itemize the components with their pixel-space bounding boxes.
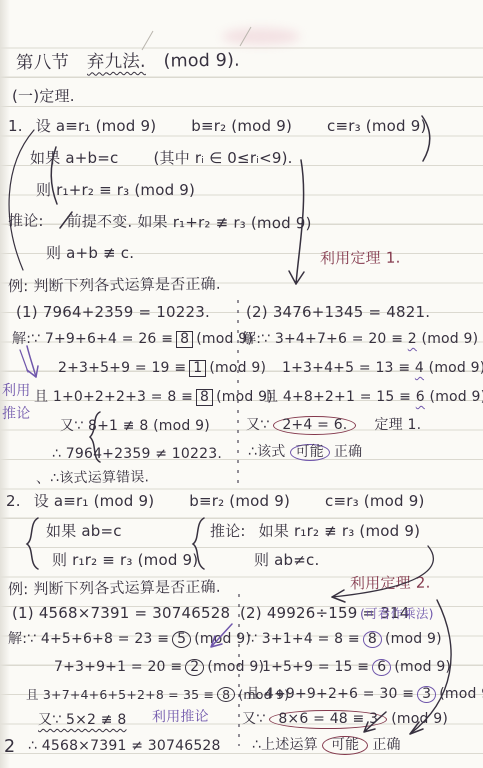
wavy-value: 4 bbox=[415, 360, 424, 376]
part1-heading: (一)定理. bbox=[12, 87, 75, 106]
wavy-value: 6 bbox=[416, 389, 425, 405]
sol-2-2-line4-pre: 又∵ bbox=[242, 711, 265, 727]
theorem1-range: (其中 rᵢ ∈ 0≤rᵢ<9). bbox=[153, 149, 292, 167]
mod-suffix: (mod 9) bbox=[207, 659, 264, 675]
boxed-value: 1 bbox=[189, 360, 206, 377]
sol-2-1-line2: 7+3+9+1 = 20 ≡2(mod 9) bbox=[54, 659, 264, 677]
circled-value-purple: 8 bbox=[363, 631, 382, 648]
page-title: 第八节 弃九法. (mod 9). bbox=[16, 51, 240, 76]
circled-maybe: 可能 bbox=[322, 736, 368, 755]
sol-2-2-line2: 1+5+9 = 15 ≡6(mod 9) bbox=[262, 659, 451, 677]
theorem1-premise-a: 设 a≡r₁ (mod 9) bbox=[36, 117, 157, 135]
corollary1-label: 推论: bbox=[8, 212, 44, 230]
mod-suffix: (mod 9) bbox=[422, 331, 479, 347]
boxed-value: 8 bbox=[196, 389, 213, 406]
pink-smudge bbox=[222, 28, 300, 45]
theorem2-premise-c: c≡r₃ (mod 9) bbox=[325, 492, 425, 510]
circled-value-purple: 3 bbox=[417, 686, 436, 703]
theorem2-premise-b: b≡r₂ (mod 9) bbox=[189, 492, 290, 510]
mod-suffix: (mod 9) bbox=[391, 711, 448, 727]
theorem2-number: 2. bbox=[6, 492, 21, 510]
corollary2-conclusion: 则 ab≠c. bbox=[254, 551, 319, 570]
theorem2-corollary: 推论: 如果 r₁r₂ ≢ r₃ (mod 9) bbox=[210, 522, 420, 541]
sol-2-2-line2-pre: 1+5+9 = 15 ≡ bbox=[262, 659, 369, 675]
mod-suffix: (mod 9) bbox=[439, 686, 483, 702]
theorem2-premise-a: 设 a≡r₁ (mod 9) bbox=[34, 492, 155, 510]
theorem-ref: 定理 1. bbox=[374, 417, 421, 433]
problem-1-2: (2) 3476+1345 = 4821. bbox=[246, 303, 430, 322]
circled-maybe: 可能 bbox=[290, 444, 330, 461]
theorem1-number: 1. bbox=[8, 117, 23, 135]
section-name: 弃九法. bbox=[87, 52, 146, 73]
corollary1-conclusion: 则 a+b ≢ c. bbox=[46, 244, 134, 263]
circled-value: 2 bbox=[185, 659, 204, 676]
sol-1-1-line1: 解:∵ 7+9+6+4 = 26 ≡8(mod 9) bbox=[12, 331, 253, 349]
sol-1-2-line5: ∴该式可能正确 bbox=[248, 444, 362, 462]
circled-value: 5 bbox=[172, 631, 191, 648]
sol-1-1-line2: 2+3+5+9 = 19 ≡1(mod 9) bbox=[58, 360, 266, 378]
section-mod: (mod 9). bbox=[163, 51, 240, 72]
section-number: 第八节 bbox=[16, 53, 69, 74]
mod-suffix: (mod 9) bbox=[209, 360, 266, 376]
mod-suffix: (mod 9) bbox=[394, 659, 451, 675]
problem-2-1: (1) 4568×7391 = 30746528 bbox=[12, 604, 230, 623]
sol-1-1-line3: 且 1+0+2+2+3 = 8 ≡8(mod 9) bbox=[34, 389, 273, 407]
sol-2-2-line1: ∵ 3+1+4 = 8 ≡8(mod 9) bbox=[248, 631, 442, 649]
theorem2-if: 如果 ab=c bbox=[46, 522, 122, 541]
sol-1-2-conclusion-pre: ∴该式 bbox=[248, 444, 286, 460]
sol-1-2-line1-pre: 解:∵ 3+4+7+6 = 20 ≡ bbox=[242, 331, 403, 347]
sol-1-2-line4-pre: 又∵ bbox=[246, 417, 269, 433]
mod-suffix: (mod 9) bbox=[430, 389, 483, 405]
mod-suffix: (mod 9) bbox=[429, 360, 483, 376]
example1-heading: 例: 判断下列各式运算是否正确. bbox=[8, 275, 221, 296]
sol-1-2-line3-pre: 且 4+8+2+1 = 15 ≡ bbox=[264, 389, 411, 405]
margin-note-use: 利用 bbox=[2, 383, 30, 401]
corollary1-text: 前提不变. 如果 r₁+r₂ ≢ r₃ (mod 9) bbox=[67, 212, 312, 232]
theorem1-premise-c: c≡r₃ (mod 9) bbox=[327, 117, 427, 135]
sol-1-1-line1-pre: 解:∵ 7+9+6+4 = 26 ≡ bbox=[12, 331, 173, 347]
sol-1-2-line4: 又∵2+4 = 6.定理 1. bbox=[246, 416, 421, 435]
sol-2-2-line1-pre: ∵ 3+1+4 = 8 ≡ bbox=[248, 631, 360, 647]
margin-note-corollary: 推论 bbox=[2, 406, 30, 424]
sol-2-1-line4: 又∵ 5×2 ≢ 8 bbox=[38, 712, 126, 730]
problem-2-2-note: (可看作乘法) bbox=[360, 606, 434, 622]
theorem1-condition: 如果 a+b=c (其中 rᵢ ∈ 0≤rᵢ<9). bbox=[30, 149, 293, 168]
sol-1-2-conclusion-post: 正确 bbox=[334, 444, 362, 460]
sol-2-2-conclusion-pre: ∴上述运算 bbox=[252, 737, 318, 753]
boxed-value: 8 bbox=[176, 331, 193, 348]
problem-1-1: (1) 7964+2359 = 10223. bbox=[16, 303, 210, 322]
sol-1-2-line2-pre: 1+3+4+5 = 13 ≡ bbox=[282, 360, 410, 376]
sol-2-2-line3: 且 4+9+9+2+6 = 30 ≡3(mod 9) bbox=[246, 686, 483, 704]
sol-2-2-line3-pre: 且 4+9+9+2+6 = 30 ≡ bbox=[246, 686, 414, 702]
corollary2-label: 推论: bbox=[210, 522, 246, 540]
theorem1-corollary: 推论: 前提不变. 如果 r₁+r₂ ≢ r₃ (mod 9) bbox=[8, 212, 312, 233]
corollary2-text: 如果 r₁r₂ ≢ r₃ (mod 9) bbox=[259, 522, 421, 540]
sol-1-1-line6: 、∴该式运算错误. bbox=[36, 469, 149, 488]
notebook-page: 第八节 弃九法. (mod 9). (一)定理. 1. 设 a≡r₁ (mod … bbox=[0, 0, 483, 768]
theorem1-if: 如果 a+b=c bbox=[30, 149, 118, 167]
use-theorem1-note: 利用定理 1. bbox=[320, 249, 401, 269]
circled-value: 8 bbox=[217, 687, 235, 702]
sol-2-1-line3-pre: 且 3+7+4+6+5+2+8 = 35 ≡ bbox=[26, 687, 214, 702]
theorem1-conclusion: 则 r₁+r₂ ≡ r₃ (mod 9) bbox=[36, 181, 195, 200]
theorem1-premises: 1. 设 a≡r₁ (mod 9) b≡r₂ (mod 9) c≡r₃ (mod… bbox=[8, 117, 427, 136]
sol-1-1-line2-pre: 2+3+5+9 = 19 ≡ bbox=[58, 360, 186, 376]
sol-1-1-line3-pre: 且 1+0+2+2+3 = 8 ≡ bbox=[34, 389, 193, 405]
circled-check: 8×6 = 48 ≡ 3 bbox=[269, 710, 387, 729]
sol-2-1-line2-pre: 7+3+9+1 = 20 ≡ bbox=[54, 659, 182, 675]
example2-heading: 例: 判断下列各式运算是否正确. bbox=[8, 578, 221, 599]
theorem2-then: 则 r₁r₂ ≡ r₃ (mod 9) bbox=[52, 551, 198, 570]
sol-1-2-line1: 解:∵ 3+4+7+6 = 20 ≡ 2 (mod 9) bbox=[242, 331, 478, 349]
mod-suffix: (mod 9) bbox=[194, 631, 251, 647]
use-corollary-note: 利用推论 bbox=[152, 709, 209, 727]
sol-2-2-line5: ∴上述运算可能正确 bbox=[252, 736, 401, 755]
sol-1-1-line4: 又∵ 8+1 ≢ 8 (mod 9) bbox=[60, 418, 210, 436]
sol-1-2-line2: 1+3+4+5 = 13 ≡ 4 (mod 9) bbox=[282, 360, 483, 378]
sol-1-2-line3: 且 4+8+2+1 = 15 ≡ 6 (mod 9) bbox=[264, 389, 483, 407]
sol-2-1-line1-pre: 解:∵ 4+5+6+8 = 23 ≡ bbox=[8, 631, 169, 647]
sol-2-1-line5: ∴ 4568×7391 ≠ 30746528 bbox=[28, 738, 221, 756]
theorem1-premise-b: b≡r₂ (mod 9) bbox=[191, 117, 292, 135]
circled-value-purple: 6 bbox=[372, 659, 391, 676]
sol-1-1-line5: ∴ 7964+2359 ≠ 10223. bbox=[52, 446, 222, 464]
sol-2-1-line1: 解:∵ 4+5+6+8 = 23 ≡5(mod 9) bbox=[8, 631, 251, 649]
sol-2-1-line4-text: 又∵ 5×2 ≢ 8 bbox=[38, 712, 126, 728]
use-theorem2-note: 利用定理 2. bbox=[350, 574, 431, 594]
wavy-value: 2 bbox=[408, 331, 417, 347]
mod-suffix: (mod 9) bbox=[385, 631, 442, 647]
page-number: 2 bbox=[4, 737, 15, 759]
circled-check: 2+4 = 6. bbox=[273, 416, 356, 435]
sol-2-2-conclusion-post: 正确 bbox=[372, 737, 400, 753]
theorem2-premises: 2. 设 a≡r₁ (mod 9) b≡r₂ (mod 9) c≡r₃ (mod… bbox=[6, 492, 425, 511]
sol-2-2-line4: 又∵8×6 = 48 ≡ 3(mod 9) bbox=[242, 710, 448, 729]
